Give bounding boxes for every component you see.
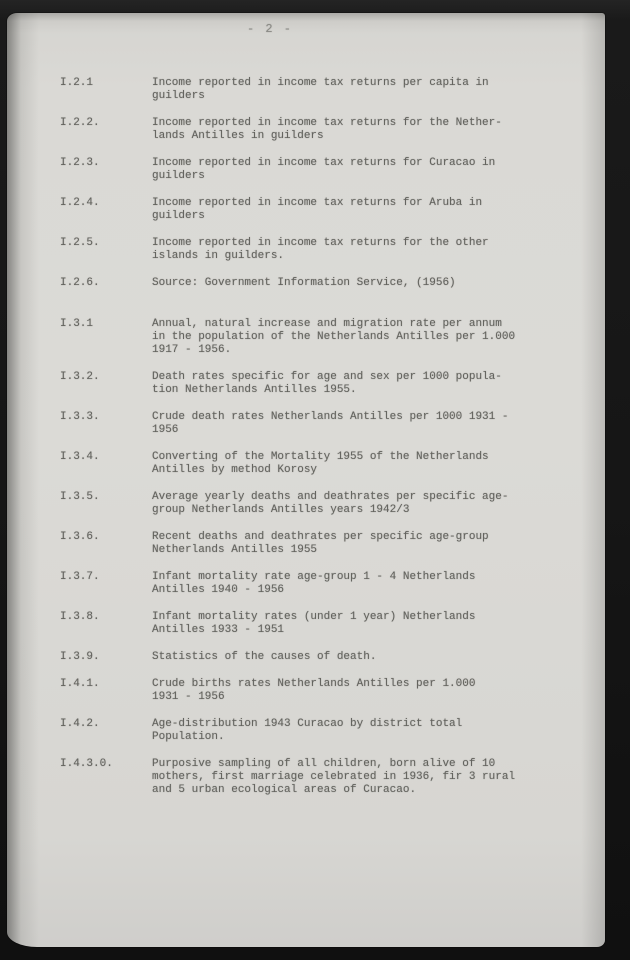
- toc-entry-description: Purposive sampling of all children, born…: [152, 758, 540, 797]
- toc-entry-description: Crude death rates Netherlands Antilles p…: [152, 411, 540, 437]
- toc-entry-number: I.3.5.: [60, 491, 152, 504]
- toc-entry-number: I.2.4.: [60, 197, 152, 210]
- toc-entry-description: Converting of the Mortality 1955 of the …: [152, 451, 540, 477]
- toc-entry-description: Income reported in income tax returns fo…: [152, 237, 540, 263]
- toc-entry: I.2.4. Income reported in income tax ret…: [60, 197, 540, 223]
- toc-entry: I.4.3.0. Purposive sampling of all child…: [60, 758, 540, 797]
- toc-entry-description: Recent deaths and deathrates per specifi…: [152, 531, 540, 557]
- toc-entry-description: Income reported in income tax returns fo…: [152, 157, 540, 183]
- toc-entry-number: I.2.2.: [60, 117, 152, 130]
- scan-background: - 2 - I.2.1 Income reported in income ta…: [0, 0, 630, 960]
- toc-entry-number: I.3.7.: [60, 571, 152, 584]
- toc-section: I.2.1 Income reported in income tax retu…: [60, 77, 540, 290]
- toc-entries: I.2.1 Income reported in income tax retu…: [60, 77, 540, 811]
- toc-entry-description: Average yearly deaths and deathrates per…: [152, 491, 540, 517]
- toc-entry: I.3.1 Annual, natural increase and migra…: [60, 318, 540, 357]
- toc-entry: I.2.3. Income reported in income tax ret…: [60, 157, 540, 183]
- toc-entry: I.3.9. Statistics of the causes of death…: [60, 651, 540, 664]
- toc-entry: I.2.5. Income reported in income tax ret…: [60, 237, 540, 263]
- toc-entry-number: I.3.8.: [60, 611, 152, 624]
- toc-entry-description: Income reported in income tax returns fo…: [152, 197, 540, 223]
- toc-entry-number: I.4.2.: [60, 718, 152, 731]
- toc-entry-number: I.2.3.: [60, 157, 152, 170]
- toc-entry-description: Age-distribution 1943 Curacao by distric…: [152, 718, 540, 744]
- toc-entry-number: I.3.4.: [60, 451, 152, 464]
- toc-entry: I.3.3. Crude death rates Netherlands Ant…: [60, 411, 540, 437]
- toc-entry-number: I.2.5.: [60, 237, 152, 250]
- toc-entry-description: Death rates specific for age and sex per…: [152, 371, 540, 397]
- toc-entry-number: I.3.2.: [60, 371, 152, 384]
- toc-entry-number: I.4.1.: [60, 678, 152, 691]
- toc-entry-number: I.3.3.: [60, 411, 152, 424]
- toc-entry: I.3.7. Infant mortality rate age-group 1…: [60, 571, 540, 597]
- toc-entry-description: Crude births rates Netherlands Antilles …: [152, 678, 540, 704]
- toc-entry-number: I.2.1: [60, 77, 152, 90]
- toc-entry-number: I.2.6.: [60, 277, 152, 290]
- page-number: - 2 -: [247, 22, 293, 36]
- toc-entry: I.4.2. Age-distribution 1943 Curacao by …: [60, 718, 540, 744]
- toc-entry: I.3.6. Recent deaths and deathrates per …: [60, 531, 540, 557]
- toc-entry: I.3.5. Average yearly deaths and deathra…: [60, 491, 540, 517]
- toc-entry-description: Income reported in income tax returns fo…: [152, 117, 540, 143]
- toc-entry: I.3.2. Death rates specific for age and …: [60, 371, 540, 397]
- toc-entry: I.3.8. Infant mortality rates (under 1 y…: [60, 611, 540, 637]
- document-page: - 2 - I.2.1 Income reported in income ta…: [7, 13, 605, 947]
- toc-entry-number: I.3.9.: [60, 651, 152, 664]
- toc-entry-description: Income reported in income tax returns pe…: [152, 77, 540, 103]
- toc-entry-number: I.4.3.0.: [60, 758, 152, 771]
- toc-entry: I.2.1 Income reported in income tax retu…: [60, 77, 540, 103]
- toc-entry-description: Source: Government Information Service, …: [152, 277, 540, 290]
- toc-entry-description: Infant mortality rates (under 1 year) Ne…: [152, 611, 540, 637]
- toc-entry: I.2.6. Source: Government Information Se…: [60, 277, 540, 290]
- toc-entry-number: I.3.6.: [60, 531, 152, 544]
- toc-entry: I.3.4. Converting of the Mortality 1955 …: [60, 451, 540, 477]
- toc-entry: I.2.2. Income reported in income tax ret…: [60, 117, 540, 143]
- toc-section: I.3.1 Annual, natural increase and migra…: [60, 318, 540, 797]
- toc-entry-description: Annual, natural increase and migration r…: [152, 318, 540, 357]
- toc-entry-description: Statistics of the causes of death.: [152, 651, 540, 664]
- toc-entry: I.4.1. Crude births rates Netherlands An…: [60, 678, 540, 704]
- toc-entry-number: I.3.1: [60, 318, 152, 331]
- toc-entry-description: Infant mortality rate age-group 1 - 4 Ne…: [152, 571, 540, 597]
